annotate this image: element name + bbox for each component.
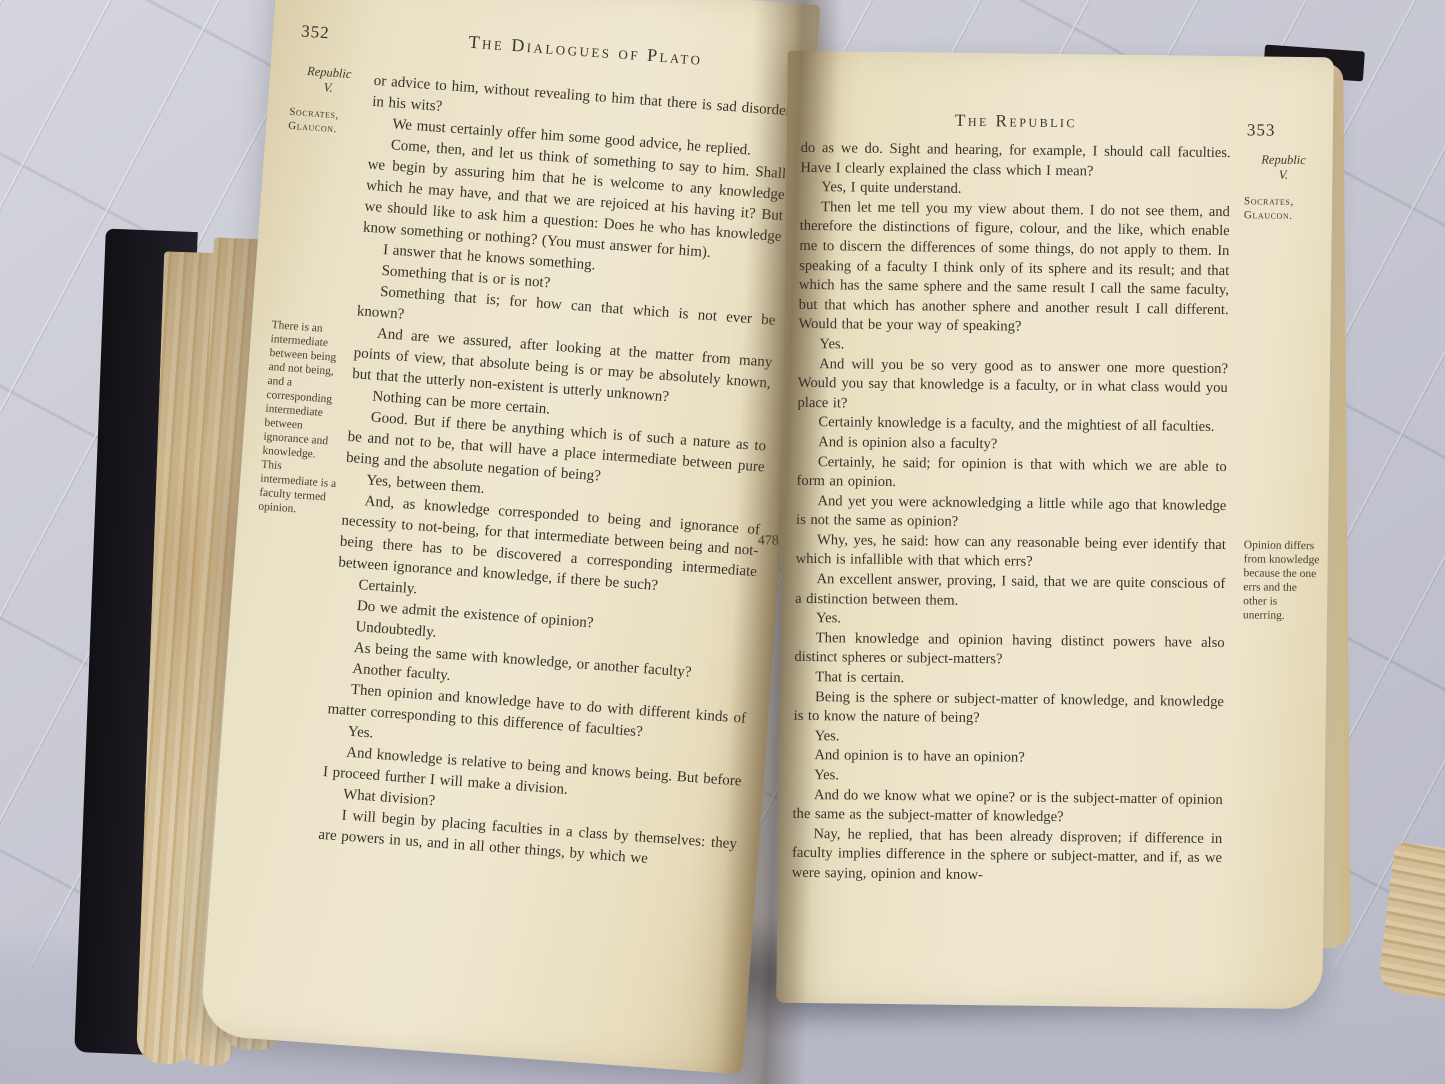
- right-page: The Republic 353 Republic V. Socrates, G…: [776, 51, 1334, 1010]
- paragraph: Certainly, he said; for opinion is that …: [796, 452, 1226, 496]
- stephanus-section-number: 478: [758, 531, 779, 551]
- right-running-header: The Republic: [801, 109, 1231, 134]
- left-page: 352 The Dialogues of Plato Republic V. S…: [199, 0, 820, 1074]
- paragraph: An excellent answer, proving, I said, th…: [795, 570, 1225, 614]
- right-page-number: 353: [1247, 120, 1276, 140]
- right-margin-reference-title: Republic: [1244, 152, 1322, 168]
- left-side-note: There is an intermediate between being a…: [258, 318, 348, 519]
- right-page-text: do as we do. Sight and hearing, for exam…: [792, 139, 1231, 889]
- paragraph: Then knowledge and opinion having distin…: [794, 629, 1224, 673]
- left-margin-speakers: Socrates, Glaucon.: [288, 105, 364, 138]
- left-margin-reference: Republic V.: [291, 63, 367, 98]
- right-margin-reference-book: V.: [1244, 167, 1322, 183]
- paragraph-with-side-note: 478 Opinion differs from knowledge becau…: [795, 531, 1225, 575]
- paragraph: And yet you were acknowledging a little …: [796, 492, 1226, 536]
- left-running-header: The Dialogues of Plato: [376, 25, 794, 77]
- paragraph: Being is the sphere or subject-matter of…: [794, 687, 1224, 731]
- left-page-number: 352: [300, 21, 330, 43]
- right-margin-speakers: Socrates, Glaucon.: [1244, 194, 1322, 223]
- left-page-text: or advice to him, without revealing to h…: [318, 71, 792, 877]
- right-side-note: Opinion differs from knowledge because t…: [1243, 538, 1322, 623]
- paragraph: Why, yes, he said: how can any reasonabl…: [795, 531, 1225, 575]
- paragraph: Then let me tell you my view about them.…: [798, 198, 1230, 340]
- right-margin-reference: Republic V.: [1244, 152, 1322, 183]
- paragraph: do as we do. Sight and hearing, for exam…: [800, 139, 1230, 183]
- paragraph: And do we know what we opine? or is the …: [792, 785, 1222, 829]
- paragraph: Nay, he replied, that has been already d…: [792, 825, 1223, 889]
- photo-stage: 352 The Dialogues of Plato Republic V. S…: [0, 0, 1445, 1084]
- paragraph: And will you be so very good as to answe…: [797, 354, 1228, 418]
